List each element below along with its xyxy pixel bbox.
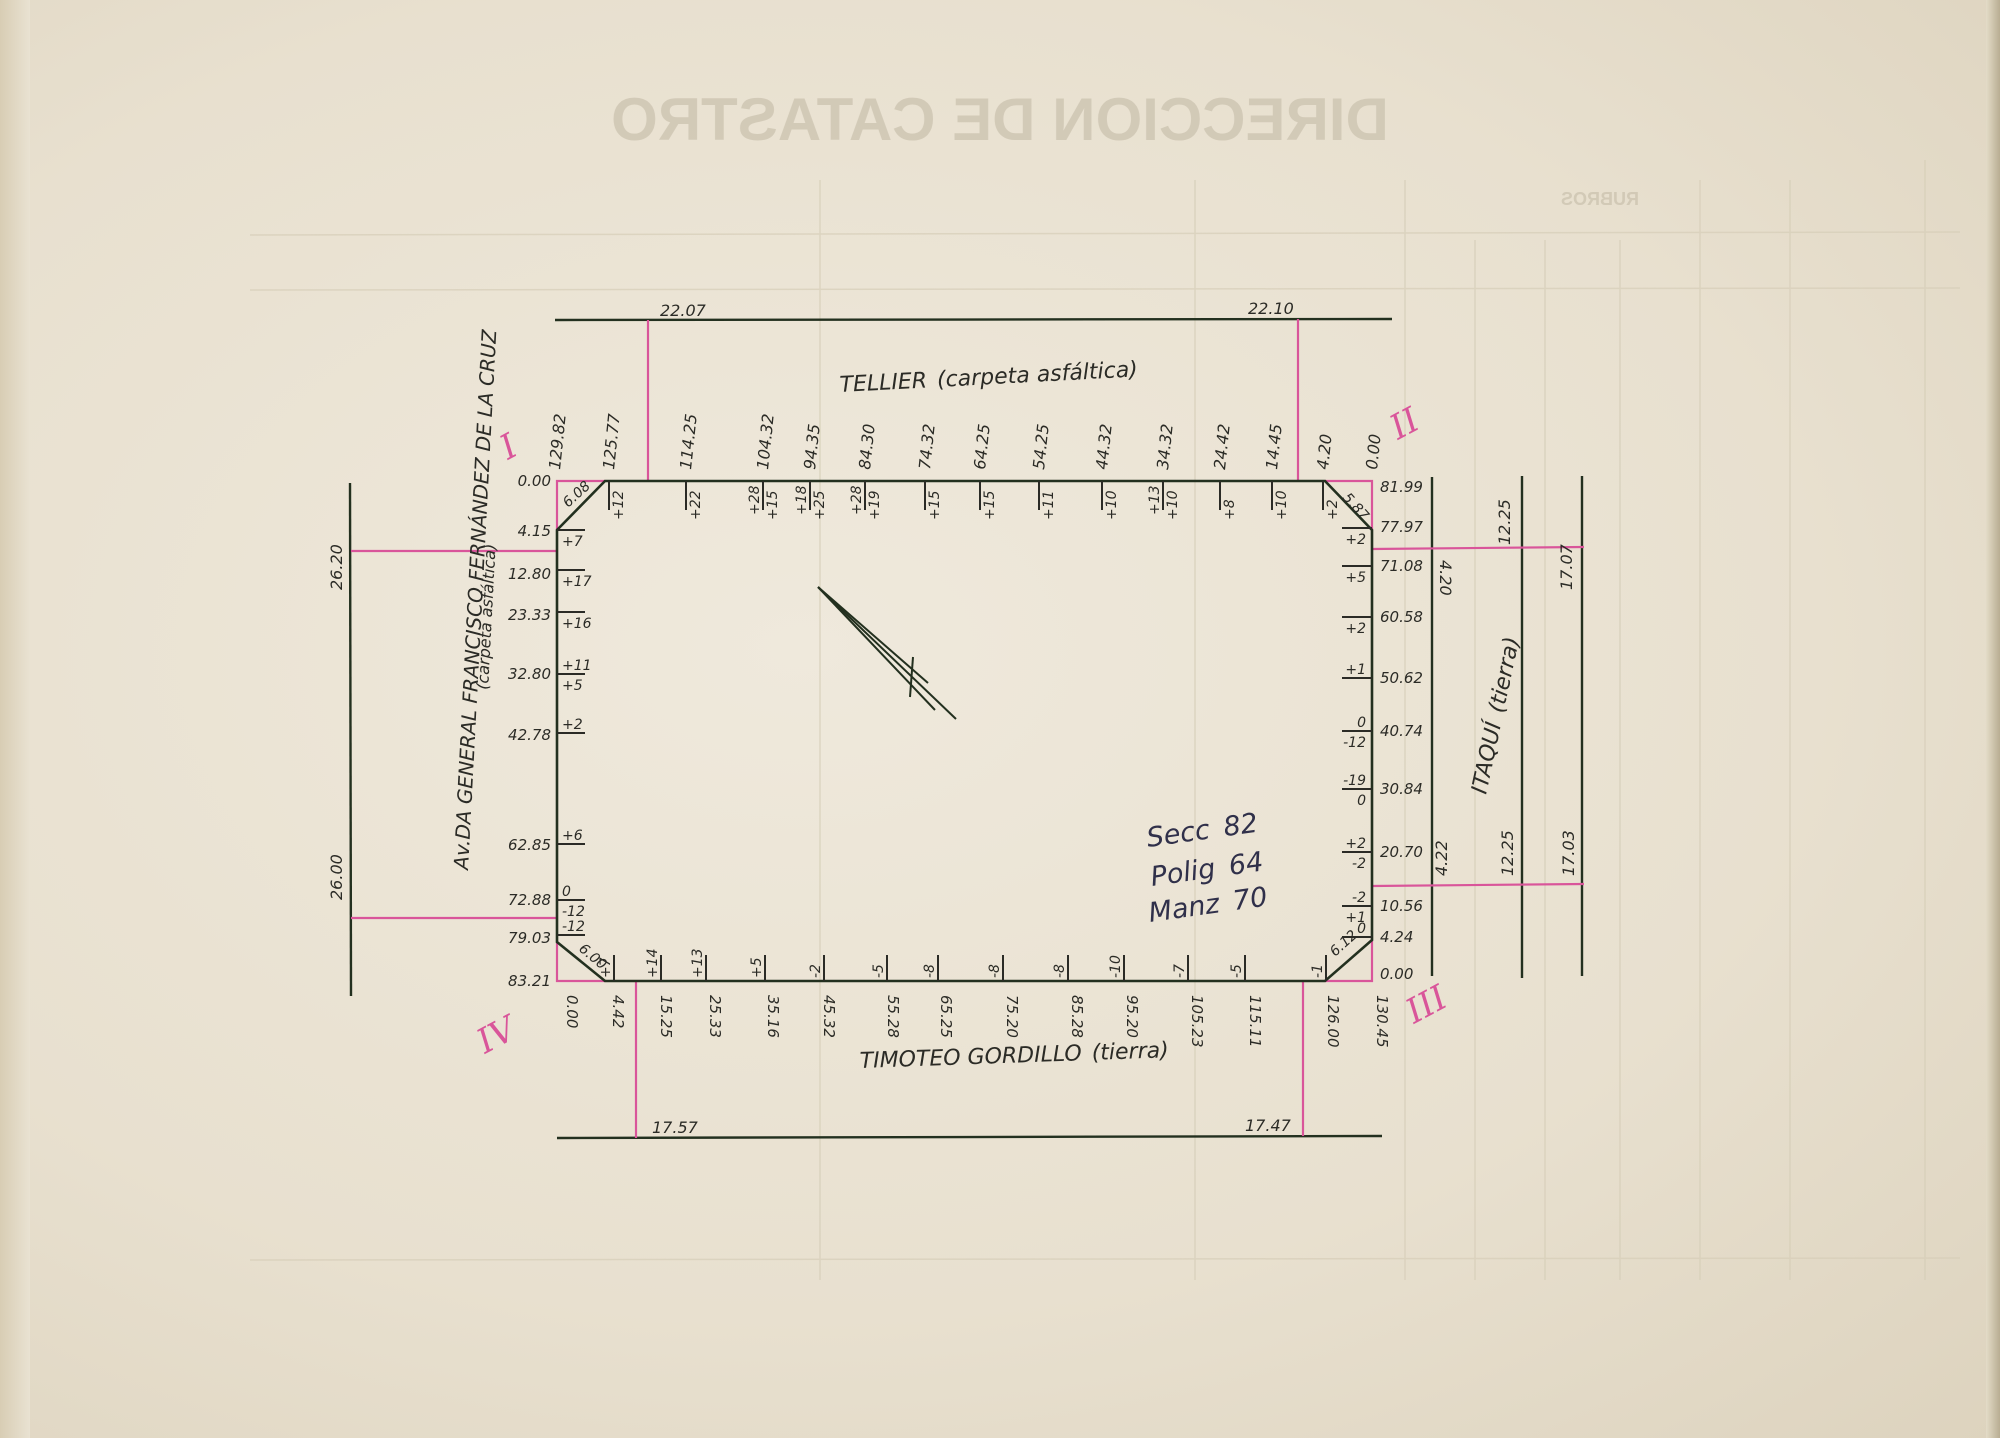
- west-level-top: +6: [562, 828, 583, 844]
- south-level-label: -8: [922, 964, 938, 978]
- west-station-label: 62.85: [508, 836, 551, 854]
- south-station-label: 0.00: [563, 995, 581, 1028]
- north-level-bottom: +22: [688, 490, 704, 520]
- south-level-label: -5: [871, 964, 887, 978]
- north-level-bottom: +8: [1222, 499, 1238, 520]
- east-station-label: 81.99: [1380, 478, 1423, 496]
- east-station-label: 30.84: [1380, 780, 1423, 798]
- west-station-label: 0.00: [518, 472, 551, 490]
- south-station-label: 130.45: [1373, 995, 1391, 1048]
- east-mid-bottom: 12.25: [1498, 830, 1517, 876]
- south-station-label: 115.11: [1246, 995, 1264, 1048]
- north-level-bottom: +11: [1041, 490, 1057, 520]
- south-station-label: 4.42: [609, 995, 627, 1028]
- north-station-label: 74.32: [915, 423, 939, 471]
- south-level-label: -5: [1229, 964, 1245, 978]
- east-level-top: -2: [1352, 890, 1366, 906]
- south-station-label: 65.25: [937, 995, 955, 1038]
- west-street-line: [350, 483, 351, 996]
- east-level-bottom: -12: [1343, 735, 1366, 751]
- north-level-bottom: +19: [867, 490, 883, 520]
- south-level-label: +5: [749, 957, 765, 978]
- south-side-ticks: 0.004.4215.2525.3335.1645.3255.2865.2575…: [563, 948, 1391, 1047]
- south-station-label: 35.16: [764, 995, 782, 1038]
- east-level-top: +1: [1345, 662, 1366, 678]
- north-level-bottom: +2: [1325, 499, 1341, 520]
- south-station-label: 55.28: [884, 995, 902, 1038]
- north-arrow-icon: [818, 587, 956, 719]
- block-plan-drawing: DIRECCION DE CATASTRO RUBROS: [0, 0, 2000, 1438]
- north-width-left: 22.07: [660, 301, 707, 320]
- south-station-label: 15.25: [657, 995, 675, 1038]
- east-station-label: 4.24: [1380, 928, 1413, 946]
- west-level-bottom: +16: [562, 616, 592, 632]
- south-level-label: +14: [645, 948, 661, 978]
- south-level-label: -1: [1310, 964, 1326, 978]
- north-station-label: 14.45: [1262, 423, 1286, 471]
- north-level-bottom: +12: [611, 490, 627, 520]
- west-station-label: 23.33: [508, 606, 551, 624]
- west-station-label: 32.80: [508, 665, 551, 683]
- west-level-top: 0: [562, 884, 571, 900]
- cadastral-sheet: DIRECCION DE CATASTRO RUBROS: [0, 0, 2000, 1438]
- north-level-bottom: +10: [1165, 490, 1181, 520]
- west-level-bottom: +17: [562, 574, 592, 590]
- north-level-bottom: +10: [1104, 490, 1120, 520]
- east-level-top: +2: [1345, 836, 1366, 852]
- west-station-label: 79.03: [508, 929, 551, 947]
- block-secc: Secc82: [1145, 808, 1260, 854]
- west-level-bottom: -12: [562, 904, 585, 920]
- south-station-label: 105.23: [1188, 995, 1206, 1048]
- south-level-label: -8: [1052, 964, 1068, 978]
- west-level-top: +2: [562, 717, 583, 733]
- corner-label-ii: II: [1383, 400, 1427, 449]
- north-station-label: 0.00: [1362, 433, 1385, 470]
- south-level-label: +13: [690, 948, 706, 978]
- west-side-ticks: 0.004.1512.8023.3332.8042.7862.8572.8879…: [508, 472, 592, 990]
- east-level-bottom: 0: [1357, 793, 1366, 809]
- south-station-label: 95.20: [1123, 995, 1141, 1038]
- north-station-label: 125.77: [599, 412, 624, 470]
- east-level-top: -19: [1343, 773, 1366, 789]
- south-width-right: 17.47: [1245, 1116, 1292, 1135]
- east-station-label: 71.08: [1380, 557, 1423, 575]
- north-station-label: 84.30: [855, 423, 879, 471]
- corner-label-i: I: [493, 426, 525, 468]
- east-station-label: 20.70: [1380, 843, 1423, 861]
- north-station-label: 4.20: [1313, 433, 1336, 470]
- south-station-label: 85.28: [1068, 995, 1086, 1038]
- east-station-label: 40.74: [1380, 722, 1423, 740]
- north-station-label: 104.32: [753, 413, 778, 471]
- west-station-label: 72.88: [508, 891, 551, 909]
- north-street-name: TELLIER(carpeta asfáltica): [839, 357, 1138, 398]
- north-level-bottom: +15: [982, 490, 998, 520]
- east-level-bottom: +5: [1345, 570, 1366, 586]
- east-station-label: 60.58: [1380, 608, 1423, 626]
- north-station-label: 24.42: [1210, 423, 1234, 471]
- north-level-top: +18: [794, 485, 810, 515]
- east-offset-bottom: 4.22: [1432, 840, 1451, 876]
- north-station-label: 129.82: [545, 413, 570, 471]
- west-level-top: +11: [562, 658, 592, 674]
- south-level-label: -10: [1108, 955, 1124, 978]
- east-station-label: 10.56: [1380, 897, 1423, 915]
- west-station-label: 83.21: [508, 972, 551, 990]
- west-level-bottom: +7: [562, 534, 583, 550]
- south-station-label: 75.20: [1003, 995, 1021, 1038]
- east-station-label: 50.62: [1380, 669, 1423, 687]
- north-level-bottom: +15: [927, 490, 943, 520]
- east-level-top: 0: [1357, 715, 1366, 731]
- north-station-label: 114.25: [676, 413, 701, 471]
- west-level-bottom: +5: [562, 678, 583, 694]
- north-level-bottom: +10: [1274, 490, 1290, 520]
- east-level-top: 0: [1357, 921, 1366, 937]
- west-width-top: 26.20: [327, 544, 346, 590]
- south-station-label: 126.00: [1324, 995, 1342, 1048]
- west-station-label: 42.78: [508, 726, 551, 744]
- west-width-bottom: 26.00: [327, 854, 346, 900]
- south-street-name: TIMOTEO GORDILLO(tierra): [859, 1038, 1169, 1074]
- north-station-label: 64.25: [970, 423, 994, 471]
- south-width-left: 17.57: [652, 1118, 699, 1137]
- west-station-label: 12.80: [508, 565, 551, 583]
- east-side-ticks: 81.9977.9771.0860.5850.6240.7430.8420.70…: [1342, 478, 1423, 983]
- north-width-right: 22.10: [1248, 299, 1294, 318]
- north-station-label: 34.32: [1153, 423, 1177, 471]
- north-level-bottom: +25: [812, 490, 828, 520]
- block-id: Secc82 Polig64 Manz70: [1145, 808, 1270, 929]
- east-mid-top: 12.25: [1495, 499, 1514, 545]
- north-level-top: +13: [1147, 485, 1163, 515]
- north-station-label: 54.25: [1029, 423, 1053, 471]
- south-station-label: 25.33: [706, 995, 724, 1038]
- printed-table-header-mirrored: RUBROS: [1561, 189, 1639, 209]
- south-station-label: 45.32: [820, 995, 838, 1038]
- corner-label-iii: III: [1399, 977, 1455, 1032]
- chamfer-nw: 6.08: [560, 478, 594, 511]
- east-station-label: 0.00: [1380, 965, 1413, 983]
- west-level-top: -12: [562, 919, 585, 935]
- north-level-top: +28: [747, 485, 763, 515]
- east-total-bottom: 17.03: [1559, 830, 1578, 876]
- chamfer-ne: 5.87: [1339, 490, 1372, 524]
- east-level-bottom: +2: [1345, 621, 1366, 637]
- east-offset-top: 4.20: [1436, 560, 1455, 596]
- west-station-label: 4.15: [518, 522, 551, 540]
- printed-form-show-through: DIRECCION DE CATASTRO RUBROS: [250, 86, 1960, 1280]
- south-level-label: -8: [987, 964, 1003, 978]
- east-level-bottom: -2: [1352, 856, 1366, 872]
- east-level-bottom: +2: [1345, 532, 1366, 548]
- corner-label-iv: IV: [470, 1007, 526, 1062]
- north-station-label: 44.32: [1092, 423, 1116, 471]
- east-total-top: 17.07: [1557, 543, 1576, 590]
- north-side-ticks: 129.82125.77114.25104.3294.3584.3074.326…: [545, 412, 1385, 520]
- north-level-bottom: +15: [765, 490, 781, 520]
- south-level-label: -2: [808, 964, 824, 978]
- printed-header-mirrored: DIRECCION DE CATASTRO: [611, 86, 1389, 153]
- east-station-label: 77.97: [1380, 518, 1423, 536]
- north-level-top: +28: [849, 485, 865, 515]
- south-level-label: -7: [1172, 964, 1188, 978]
